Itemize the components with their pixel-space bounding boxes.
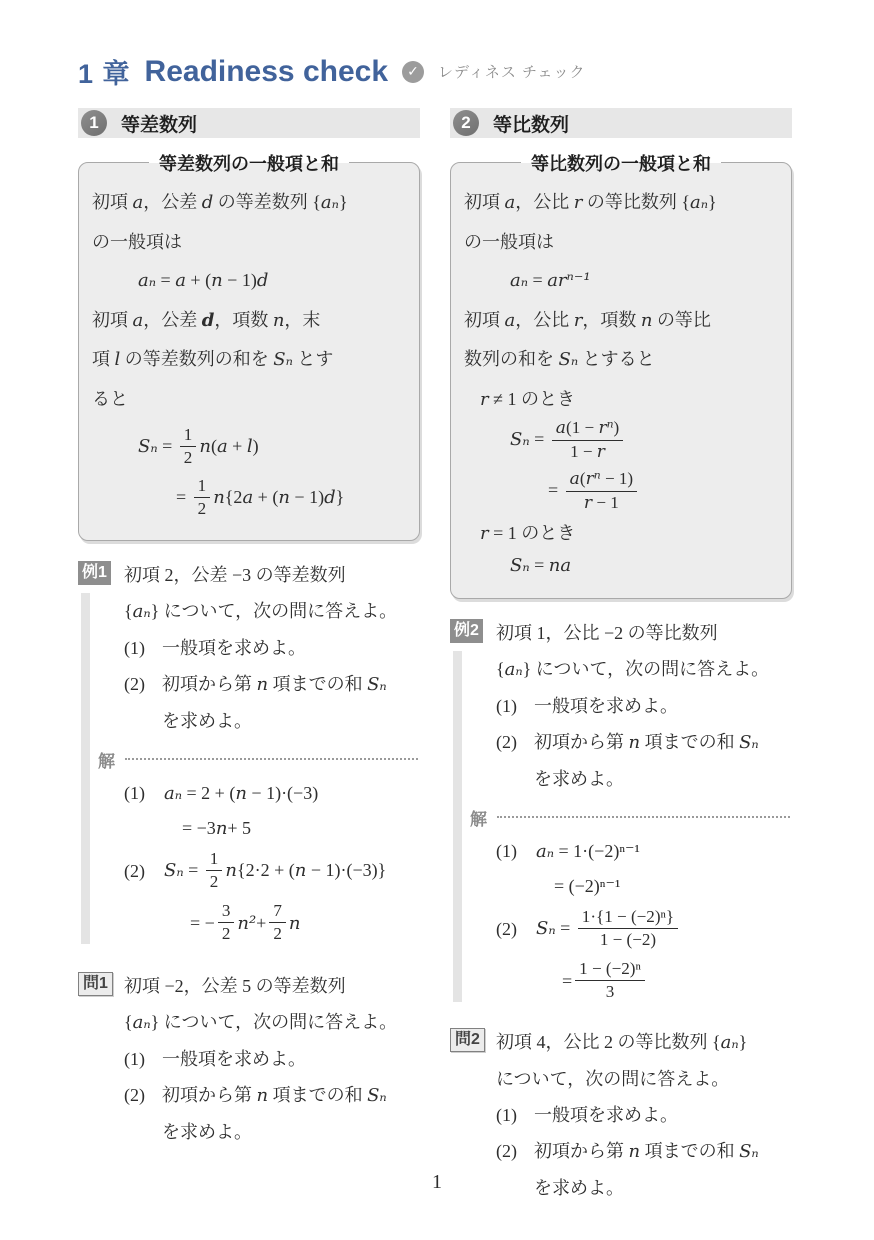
question-number: (1) bbox=[496, 688, 534, 724]
formula-general-term: aₙ = a + (n − 1)d bbox=[92, 268, 406, 293]
question-number: (2) bbox=[124, 666, 162, 703]
question-text: 初項から第 n 項までの和 Sₙ bbox=[534, 1133, 759, 1170]
box-text-line: の一般項は bbox=[464, 223, 778, 262]
example-text-line: 初項 2，公差 −3 の等差数列 bbox=[124, 557, 420, 593]
right-column: 2 等比数列 等比数列の一般項と和 初項 a，公比 r の等比数列 {aₙ} の… bbox=[450, 108, 792, 1206]
problem-1-badge: 問1 bbox=[78, 972, 113, 997]
question-number: (2) bbox=[124, 1077, 162, 1114]
solution-line: (1) aₙ = 2 + (n − 1)·(−3) bbox=[124, 780, 420, 807]
example-1-block: 例1 初項 2，公差 −3 の等差数列 {aₙ} について，次の問に答えよ。 (… bbox=[78, 557, 420, 946]
solution-step-number: (2) bbox=[124, 858, 164, 885]
question-number: (2) bbox=[496, 1133, 534, 1170]
formula-general-term: aₙ = arⁿ⁻¹ bbox=[464, 268, 778, 293]
box-text-line: 数列の和を Sₙ とすると bbox=[464, 340, 778, 380]
solution-2-header: 解 bbox=[470, 805, 792, 830]
problem-text-line: 初項 −2，公差 5 の等差数列 bbox=[124, 968, 420, 1004]
example-text-line: 初項 1，公比 −2 の等比数列 bbox=[496, 615, 792, 651]
formula-box-title: 等比数列の一般項と和 bbox=[521, 150, 721, 176]
question-number: (1) bbox=[124, 630, 162, 666]
solution-line: (2) Sₙ = 1·{1 − (−2)ⁿ}1 − (−2) bbox=[496, 908, 792, 952]
solution-line: = − 32n² + 72n bbox=[124, 902, 420, 946]
problem-text-line: 初項 4，公比 2 の等比数列 {aₙ} bbox=[496, 1024, 792, 1061]
solution-line: = (−2)ⁿ⁻¹ bbox=[496, 873, 792, 900]
page-subtitle: レディネス チェック bbox=[438, 61, 586, 82]
box-text-line: 初項 a，公比 r の等比数列 {aₙ} bbox=[464, 183, 778, 223]
section-number-badge: 1 bbox=[81, 110, 107, 136]
box-text-line: ると bbox=[92, 380, 406, 419]
formula-box-geometric: 等比数列の一般項と和 初項 a，公比 r の等比数列 {aₙ} の一般項は aₙ… bbox=[450, 162, 792, 599]
formula-box-arithmetic: 等差数列の一般項と和 初項 a，公差 d の等差数列 {aₙ} の一般項は aₙ… bbox=[78, 162, 420, 541]
formula-sum-2: = a(rⁿ − 1)r − 1 bbox=[464, 470, 778, 514]
solution-line: = 1 − (−2)ⁿ3 bbox=[496, 960, 792, 1004]
question-text: 一般項を求めよ。 bbox=[162, 630, 306, 666]
question-text: 一般項を求めよ。 bbox=[534, 688, 678, 724]
question-number: (1) bbox=[124, 1041, 162, 1077]
solution-math: aₙ = 1·(−2)ⁿ⁻¹ bbox=[536, 838, 640, 865]
solution-line: = −3n + 5 bbox=[124, 815, 420, 842]
case-r-equals-1: r = 1 のとき bbox=[464, 521, 778, 546]
box-text-line: 項 l の等差数列の和を Sₙ とす bbox=[92, 340, 406, 380]
question-number: (1) bbox=[496, 1097, 534, 1133]
question-item-1: (1) 一般項を求めよ。 bbox=[496, 1097, 792, 1133]
check-icon: ✓ bbox=[402, 61, 424, 83]
dotted-rule bbox=[125, 758, 418, 760]
question-text: 初項から第 n 項までの和 Sₙ bbox=[162, 1077, 387, 1114]
question-text: 初項から第 n 項までの和 Sₙ bbox=[534, 724, 759, 761]
question-continuation: を求めよ。 bbox=[124, 1114, 420, 1150]
case-r-not-1: r ≠ 1 のとき bbox=[464, 387, 778, 412]
left-column: 1 等差数列 等差数列の一般項と和 初項 a，公差 d の等差数列 {aₙ} の… bbox=[78, 108, 420, 1206]
box-text-line: 初項 a，公差 d の等差数列 {aₙ} bbox=[92, 183, 406, 223]
example-text-line: {aₙ} について，次の問に答えよ。 bbox=[496, 651, 792, 688]
example-2-badge: 例2 bbox=[450, 619, 483, 644]
page-title: Readiness check bbox=[145, 55, 388, 89]
solution-label: 解 bbox=[98, 747, 115, 772]
section-title: 等比数列 bbox=[493, 110, 569, 137]
solution-line: (2) Sₙ = 12n{2·2 + (n − 1)·(−3)} bbox=[124, 850, 420, 894]
problem-1-block: 問1 初項 −2，公差 5 の等差数列 {aₙ} について，次の問に答えよ。 (… bbox=[78, 968, 420, 1150]
example-1-sidebar bbox=[81, 593, 90, 944]
question-text: 一般項を求めよ。 bbox=[162, 1041, 306, 1077]
question-continuation: を求めよ。 bbox=[124, 703, 420, 739]
question-item-1: (1) 一般項を求めよ。 bbox=[124, 630, 420, 666]
solution-math: aₙ = 2 + (n − 1)·(−3) bbox=[164, 780, 318, 807]
formula-box-title: 等差数列の一般項と和 bbox=[149, 150, 349, 176]
example-text-line: {aₙ} について，次の問に答えよ。 bbox=[124, 593, 420, 630]
solution-step-number: (2) bbox=[496, 916, 536, 943]
question-continuation: を求めよ。 bbox=[496, 761, 792, 797]
page-header: 1 章 Readiness check ✓ レディネス チェック bbox=[78, 52, 586, 91]
problem-text-line: について，次の問に答えよ。 bbox=[496, 1061, 792, 1097]
chapter-number: 1 章 bbox=[78, 52, 131, 91]
solution-math: Sₙ = 12n{2·2 + (n − 1)·(−3)} bbox=[164, 850, 386, 894]
solution-1-header: 解 bbox=[98, 747, 420, 772]
formula-sum-1: Sₙ = a(1 − rⁿ)1 − r bbox=[464, 419, 778, 463]
formula-sum-3: Sₙ = na bbox=[464, 553, 778, 578]
question-item-2: (2) 初項から第 n 項までの和 Sₙ bbox=[496, 1133, 792, 1170]
section-number-badge: 2 bbox=[453, 110, 479, 136]
solution-step-number: (1) bbox=[124, 780, 164, 807]
section-title: 等差数列 bbox=[121, 110, 197, 137]
solution-math: Sₙ = 1·{1 − (−2)ⁿ}1 − (−2) bbox=[536, 908, 681, 952]
solution-step-number: (1) bbox=[496, 838, 536, 865]
question-text: 初項から第 n 項までの和 Sₙ bbox=[162, 666, 387, 703]
formula-sum-1: Sₙ = 12n(a + l) bbox=[92, 426, 406, 470]
problem-2-badge: 問2 bbox=[450, 1028, 485, 1053]
question-number: (2) bbox=[496, 724, 534, 761]
section-header-arithmetic: 1 等差数列 bbox=[78, 108, 420, 138]
formula-sum-2: = 12n{2a + (n − 1)d} bbox=[92, 477, 406, 521]
question-item-1: (1) 一般項を求めよ。 bbox=[496, 688, 792, 724]
question-item-1: (1) 一般項を求めよ。 bbox=[124, 1041, 420, 1077]
box-text-line: の一般項は bbox=[92, 223, 406, 262]
example-2-block: 例2 初項 1，公比 −2 の等比数列 {aₙ} について，次の問に答えよ。 (… bbox=[450, 615, 792, 1004]
box-text-line: 初項 a，公比 r，項数 n の等比 bbox=[464, 301, 778, 341]
textbook-page: 1 章 Readiness check ✓ レディネス チェック 1 等差数列 … bbox=[0, 0, 874, 1240]
example-2-sidebar bbox=[453, 651, 462, 1002]
solution-label: 解 bbox=[470, 805, 487, 830]
problem-text-line: {aₙ} について，次の問に答えよ。 bbox=[124, 1004, 420, 1041]
box-text-line: 初項 a，公差 d，項数 n，末 bbox=[92, 301, 406, 341]
section-header-geometric: 2 等比数列 bbox=[450, 108, 792, 138]
dotted-rule bbox=[497, 816, 790, 818]
example-1-badge: 例1 bbox=[78, 561, 111, 586]
question-item-2: (2) 初項から第 n 項までの和 Sₙ bbox=[124, 1077, 420, 1114]
page-number: 1 bbox=[0, 1171, 874, 1194]
question-text: 一般項を求めよ。 bbox=[534, 1097, 678, 1133]
solution-line: (1) aₙ = 1·(−2)ⁿ⁻¹ bbox=[496, 838, 792, 865]
question-item-2: (2) 初項から第 n 項までの和 Sₙ bbox=[496, 724, 792, 761]
question-item-2: (2) 初項から第 n 項までの和 Sₙ bbox=[124, 666, 420, 703]
two-column-layout: 1 等差数列 等差数列の一般項と和 初項 a，公差 d の等差数列 {aₙ} の… bbox=[78, 108, 792, 1206]
